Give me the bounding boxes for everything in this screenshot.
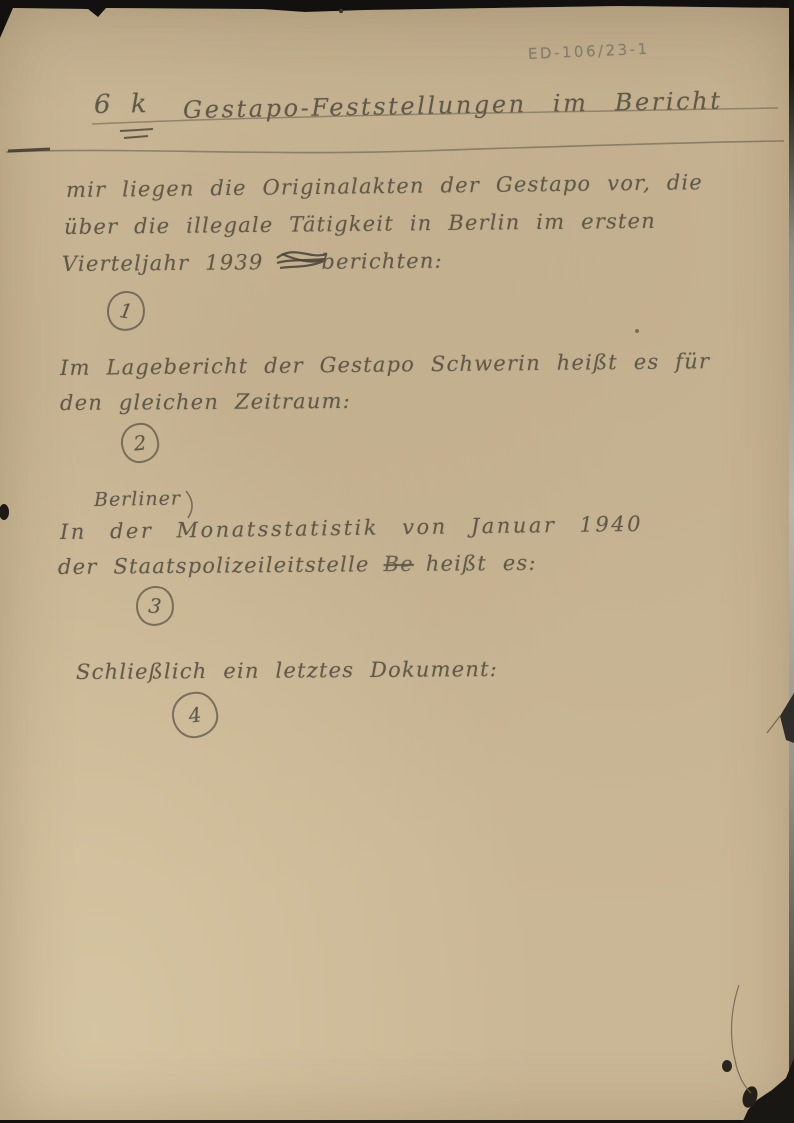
struck-word: Be bbox=[383, 552, 413, 576]
line-start: Vierteljahr 1939 bbox=[62, 250, 264, 276]
inserted-word: Berliner bbox=[94, 487, 181, 511]
line-end: berichten: bbox=[321, 249, 443, 274]
handwritten-line: den gleichen Zeitraum: bbox=[60, 389, 351, 415]
line-end: heißt es: bbox=[426, 551, 537, 576]
line-start: der Staatspolizeileitstelle bbox=[58, 552, 370, 579]
scribble-gap bbox=[264, 269, 322, 270]
handwritten-line: Vierteljahr 1939berichten: bbox=[62, 249, 443, 276]
scanned-page: ED-106/23-1 6 k Gestapo-Feststellungen i… bbox=[0, 0, 794, 1123]
scan-right-edge bbox=[789, 0, 794, 1123]
title-number: 6 k bbox=[94, 89, 149, 120]
handwritten-line: Schließlich ein letztes Dokument: bbox=[76, 657, 498, 684]
handwritten-line: der StaatspolizeileitstelleBeheißt es: bbox=[58, 551, 537, 579]
